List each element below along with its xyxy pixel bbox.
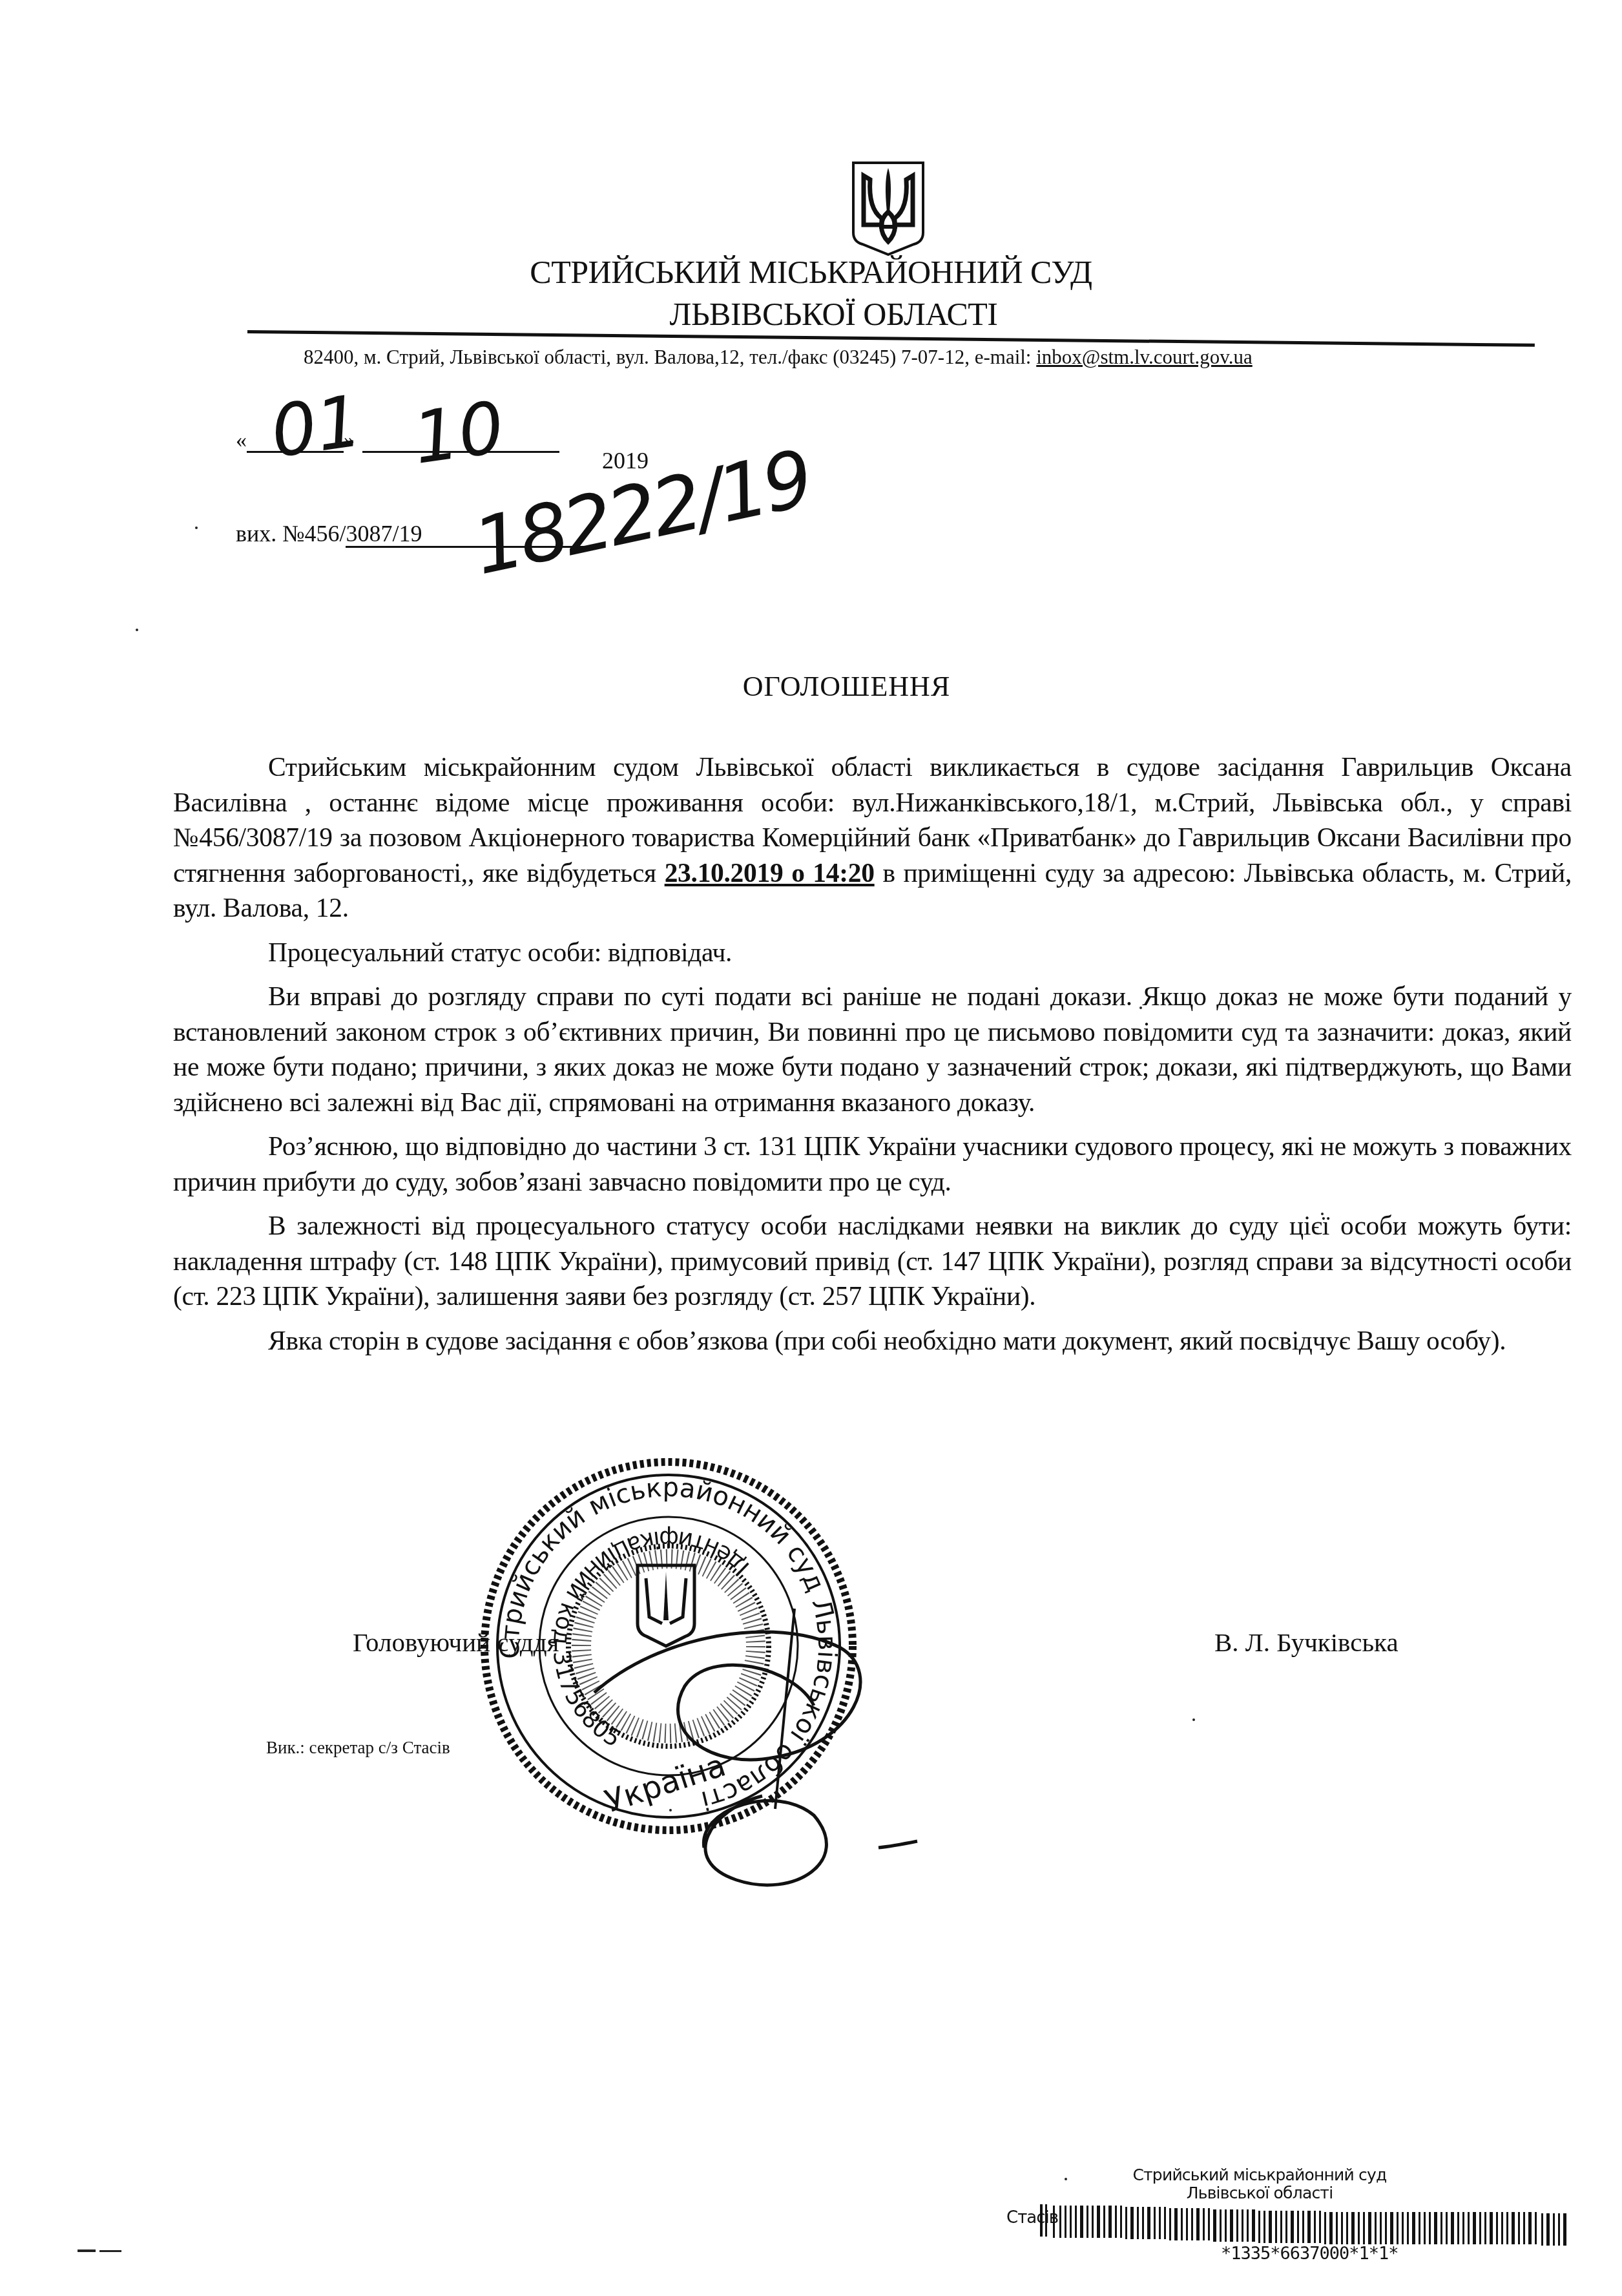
- judge-name: В. Л. Бучківська: [1214, 1627, 1398, 1658]
- scan-artifact: [78, 2248, 123, 2253]
- court-address: 82400, м. Стрий, Львівської області, вул…: [304, 344, 1253, 370]
- barcode-court-label: Стрийський міськрайонний суд Львівської …: [1034, 2166, 1486, 2202]
- announcement-body: Стрийським міськрайонним судом Львівсько…: [173, 749, 1572, 1358]
- document-title: ОГОЛОШЕННЯ: [0, 670, 1622, 703]
- open-quote: «: [236, 428, 247, 452]
- scan-speck: [1321, 1213, 1324, 1215]
- paragraph-status: Процесуальний статус особи: відповідач.: [173, 935, 1572, 970]
- scan-speck: [1192, 1718, 1195, 1721]
- email-link[interactable]: inbox@stm.lv.court.gov.ua: [1036, 346, 1253, 368]
- hearing-datetime: 23.10.2019 о 14:20: [665, 858, 875, 888]
- outgoing-number: вих. №456/3087/19: [236, 520, 422, 547]
- coat-of-arms-icon: [851, 160, 926, 256]
- barcode-number: *1335*6637000*1*1*: [1034, 2244, 1622, 2264]
- court-name: СТРИЙСЬКИЙ МІСЬКРАЙОННИЙ СУД: [0, 254, 1622, 290]
- paragraph-attendance: Явка сторін в судове засідання є обов’яз…: [173, 1323, 1572, 1359]
- paragraph-consequences: В залежності від процесуального статусу …: [173, 1208, 1572, 1314]
- barcode-icon: [1040, 2204, 1570, 2246]
- scan-speck: [195, 527, 198, 529]
- handwritten-month: 10: [409, 391, 508, 474]
- judge-signature: [581, 1538, 943, 1899]
- paragraph-evidence: Ви вправі до розгляду справи по суті под…: [173, 979, 1572, 1120]
- barcode-court-line2: Львівської області: [1034, 2184, 1486, 2202]
- scan-speck: [1065, 2178, 1067, 2180]
- executor-note: Вик.: секретар с/з Стасів: [266, 1738, 450, 1758]
- court-region: ЛЬВІВСЬКОЇ ОБЛАСТІ: [0, 296, 1622, 332]
- registration-underline: [346, 546, 591, 548]
- paragraph-notice: Роз’яснюю, що відповідно до частини 3 ст…: [173, 1129, 1572, 1199]
- scan-speck: [669, 1809, 672, 1811]
- barcode-court-line1: Стрийський міськрайонний суд: [1034, 2166, 1486, 2184]
- presiding-judge-label: Головуючий суддя: [353, 1627, 559, 1658]
- scan-speck: [136, 629, 138, 631]
- paragraph-summons: Стрийським міськрайонним судом Львівсько…: [173, 749, 1572, 926]
- handwritten-day: 01: [267, 385, 366, 468]
- scan-speck: [1139, 1007, 1142, 1009]
- address-text: 82400, м. Стрий, Львівської області, вул…: [304, 346, 1036, 368]
